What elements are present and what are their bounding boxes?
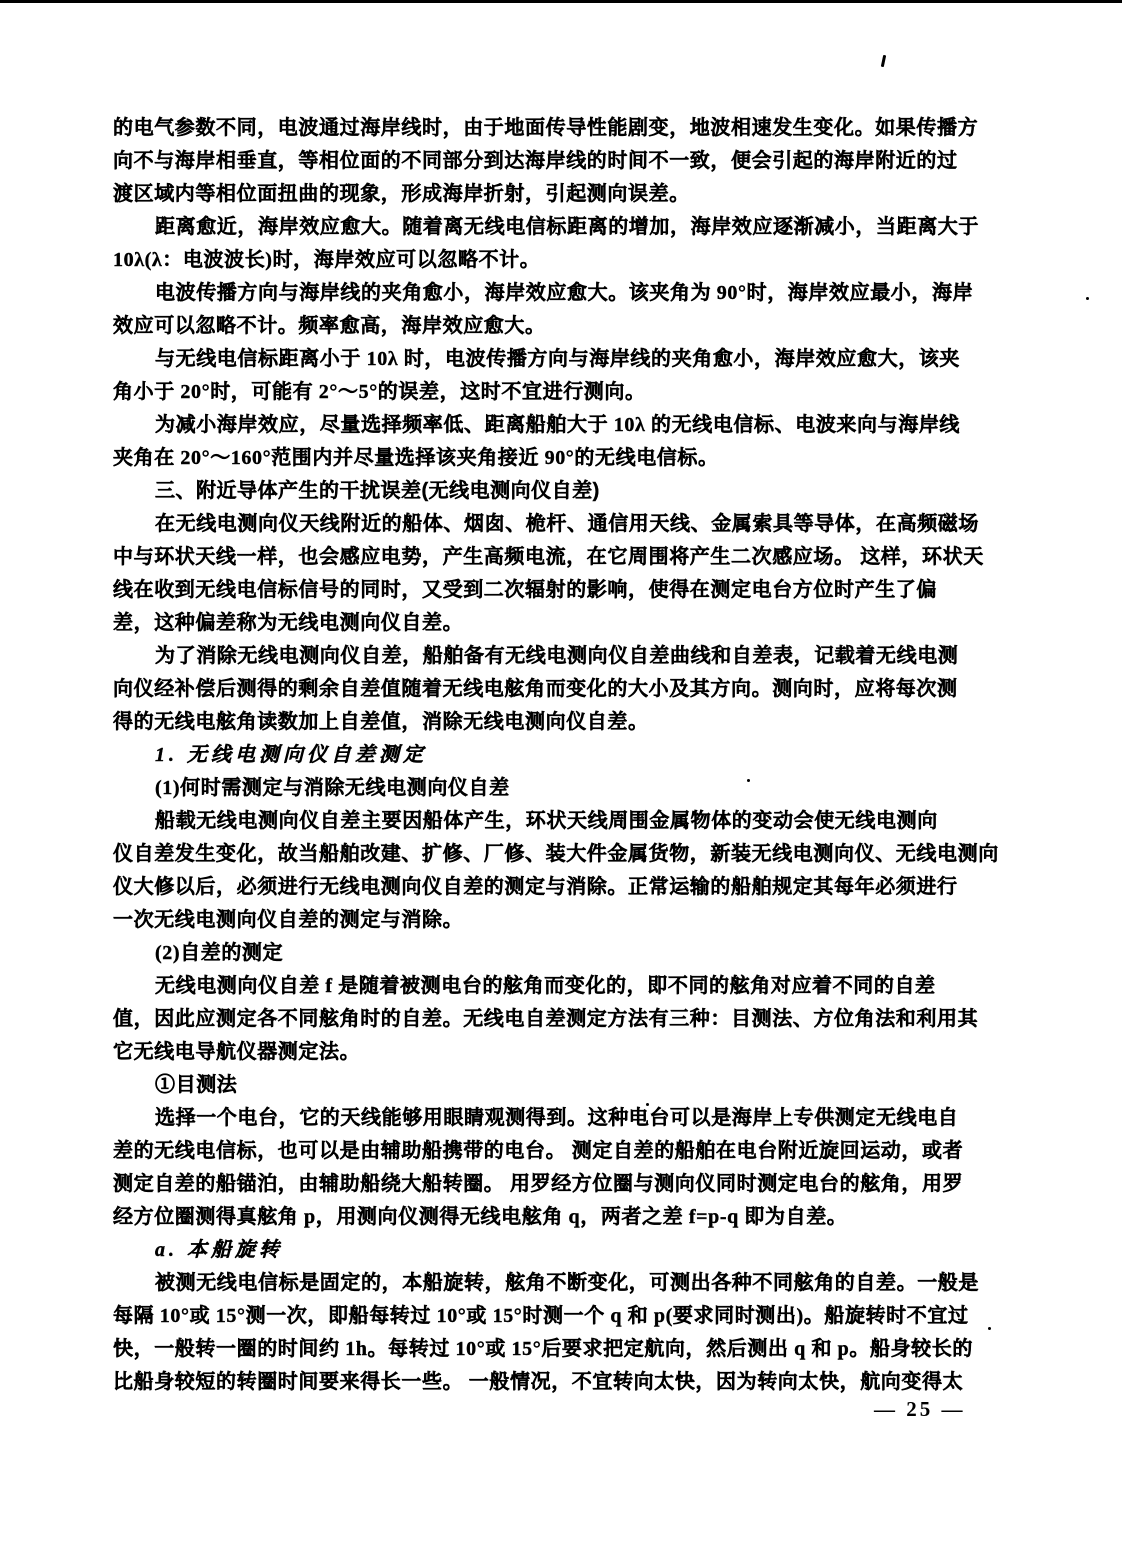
text-line: 差，这种偏差称为无线电测向仪自差。: [113, 607, 1018, 640]
text-line: 船载无线电测向仪自差主要因船体产生，环状天线周围金属物体的变动会使无线电测向: [113, 805, 1018, 838]
text-line: 向不与海岸相垂直，等相位面的不同部分到达海岸线的时间不一致，便会引起的海岸附近的…: [113, 145, 1018, 178]
text-line: 与无线电信标距离小于 10λ 时，电波传播方向与海岸线的夹角愈小，海岸效应愈大，…: [113, 343, 1018, 376]
text-line: (1)何时需测定与消除无线电测向仪自差: [113, 772, 1018, 805]
text-line: 仪自差发生变化，故当船舶改建、扩修、厂修、装大件金属货物，新装无线电测向仪、无线…: [113, 838, 1018, 871]
scan-edge-artifact: [0, 0, 1122, 3]
text-line: 比船身较短的转圈时间要来得长一些。 一般情况，不宜转向太快，因为转向太快，航向变…: [113, 1366, 1018, 1399]
scan-speck: [881, 55, 886, 67]
text-line: 在无线电测向仪天线附近的船体、烟囱、桅杆、通信用天线、金属索具等导体，在高频磁场: [113, 508, 1018, 541]
scan-speck: [1086, 297, 1089, 300]
text-line: 10λ(λ：电波波长)时，海岸效应可以忽略不计。: [113, 244, 1018, 277]
subsection-heading: 1. 无线电测向仪自差测定: [113, 739, 1018, 772]
text-line: (2)自差的测定: [113, 937, 1018, 970]
text-line: 被测无线电信标是固定的，本船旋转，舷角不断变化，可测出各种不同舷角的自差。一般是: [113, 1267, 1018, 1300]
text-line: 向仪经补偿后测得的剩余自差值随着无线电舷角而变化的大小及其方向。测向时，应将每次…: [113, 673, 1018, 706]
text-line: 得的无线电舷角读数加上自差值，消除无线电测向仪自差。: [113, 706, 1018, 739]
text-line: 为了消除无线电测向仪自差，船舶备有无线电测向仪自差曲线和自差表，记载着无线电测: [113, 640, 1018, 673]
text-line: 差的无线电信标，也可以是由辅助船携带的电台。 测定自差的船舶在电台附近旋回运动，…: [113, 1135, 1018, 1168]
text-line: 为减小海岸效应，尽量选择频率低、距离船舶大于 10λ 的无线电信标、电波来向与海…: [113, 409, 1018, 442]
text-line: 无线电测向仪自差 f 是随着被测电台的舷角而变化的，即不同的舷角对应着不同的自差: [113, 970, 1018, 1003]
text-line: 夹角在 20°～160°范围内并尽量选择该夹角接近 90°的无线电信标。: [113, 442, 1018, 475]
text-line: 中与环状天线一样，也会感应电势，产生高频电流，在它周围将产生二次感应场。 这样，…: [113, 541, 1018, 574]
text-line: 效应可以忽略不计。频率愈高，海岸效应愈大。: [113, 310, 1018, 343]
text-line: 一次无线电测向仪自差的测定与消除。: [113, 904, 1018, 937]
subsection-heading: a. 本船旋转: [113, 1234, 1018, 1267]
text-line: ①目测法: [113, 1069, 1018, 1102]
text-line: 选择一个电台，它的天线能够用眼睛观测得到。这种电台可以是海岸上专供测定无线电自: [113, 1102, 1018, 1135]
text-line: 值，因此应测定各不同舷角时的自差。无线电自差测定方法有三种：目测法、方位角法和利…: [113, 1003, 1018, 1036]
section-heading: 三、附近导体产生的干扰误差(无线电测向仪自差): [113, 475, 1018, 508]
text-line: 每隔 10°或 15°测一次，即船每转过 10°或 15°时测一个 q 和 p(…: [113, 1300, 1018, 1333]
scanned-document-page: 的电气参数不同，电波通过海岸线时，由于地面传导性能剧变，地波相速发生变化。如果传…: [0, 0, 1122, 1568]
body-text-block: 的电气参数不同，电波通过海岸线时，由于地面传导性能剧变，地波相速发生变化。如果传…: [113, 112, 1018, 1399]
text-line: 渡区域内等相位面扭曲的现象，形成海岸折射，引起测向误差。: [113, 178, 1018, 211]
text-line: 的电气参数不同，电波通过海岸线时，由于地面传导性能剧变，地波相速发生变化。如果传…: [113, 112, 1018, 145]
text-line: 快，一般转一圈的时间约 1h。每转过 10°或 15°后要求把定航向，然后测出 …: [113, 1333, 1018, 1366]
text-line: 它无线电导航仪器测定法。: [113, 1036, 1018, 1069]
text-line: 角小于 20°时，可能有 2°～5°的误差，这时不宜进行测向。: [113, 376, 1018, 409]
text-line: 测定自差的船锚泊，由辅助船绕大船转圈。 用罗经方位圈与测向仪同时测定电台的舷角，…: [113, 1168, 1018, 1201]
text-line: 经方位圈测得真舷角 p，用测向仪测得无线电舷角 q，两者之差 f=p-q 即为自…: [113, 1201, 1018, 1234]
text-line: 电波传播方向与海岸线的夹角愈小，海岸效应愈大。该夹角为 90°时，海岸效应最小，…: [113, 277, 1018, 310]
text-line: 线在收到无线电信标信号的同时，又受到二次辐射的影响，使得在测定电台方位时产生了偏: [113, 574, 1018, 607]
page-number: — 25 —: [874, 1396, 994, 1422]
text-line: 距离愈近，海岸效应愈大。随着离无线电信标距离的增加，海岸效应逐渐减小，当距离大于: [113, 211, 1018, 244]
text-line: 仪大修以后，必须进行无线电测向仪自差的测定与消除。正常运输的船舶规定其每年必须进…: [113, 871, 1018, 904]
